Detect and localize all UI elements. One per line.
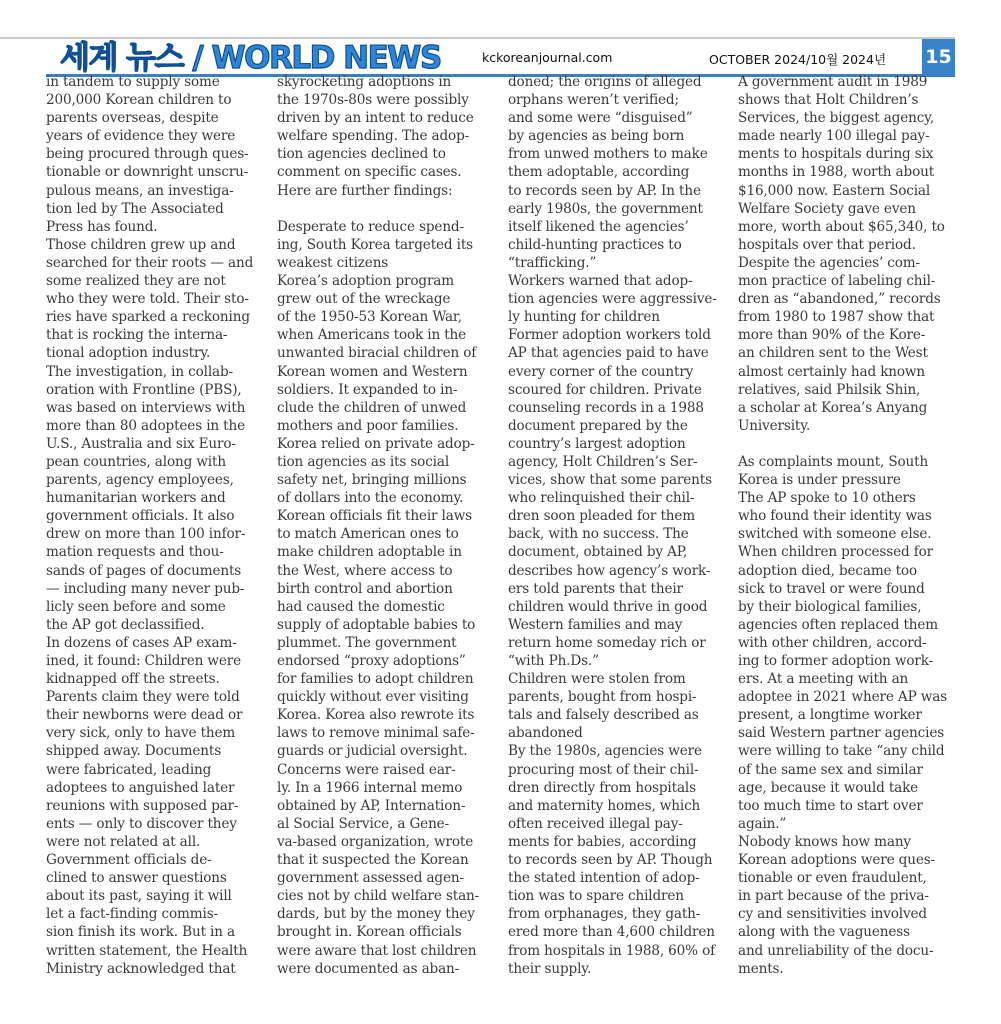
- article-line: when Americans took in the: [277, 326, 501, 344]
- article-line: Children were stolen from: [508, 670, 732, 688]
- article-line: licly seen before and some: [46, 598, 270, 616]
- article-line: in part because of the priva-: [738, 887, 962, 905]
- article-line: the stated intention of adop-: [508, 869, 732, 887]
- article-line: Korea relied on private adop-: [277, 435, 501, 453]
- article-line: ments to hospitals during six: [738, 145, 962, 163]
- article-line: obtained by AP, Internation-: [277, 797, 501, 815]
- article-line: tionable or downright unscru-: [46, 163, 270, 181]
- article-line: reunions with supposed par-: [46, 797, 270, 815]
- article-line: In dozens of cases AP exam-: [46, 634, 270, 652]
- article-line: about its past, saying it will: [46, 887, 270, 905]
- article-line: Ministry acknowledged that: [46, 960, 270, 978]
- article-line: along with the vagueness: [738, 923, 962, 941]
- article-line: back, with no success. The: [508, 525, 732, 543]
- article-line: kidnapped off the streets.: [46, 670, 270, 688]
- article-line: Korea. Korea also rewrote its: [277, 706, 501, 724]
- article-line: [277, 200, 501, 218]
- article-line: Concerns were raised ear-: [277, 761, 501, 779]
- article-line: Despite the agencies’ com-: [738, 254, 962, 272]
- article-line: describes how agency’s work-: [508, 562, 732, 580]
- article-line: said Western partner agencies: [738, 724, 962, 742]
- article-column-2: skyrocketing adoptions inthe 1970s-80s w…: [277, 73, 501, 978]
- article-line: cies not by child welfare stan-: [277, 887, 501, 905]
- article-line: tion was to spare children: [508, 887, 732, 905]
- article-line: more than 90% of the Kore-: [738, 326, 962, 344]
- article-line: of dollars into the economy.: [277, 489, 501, 507]
- article-line: clined to answer questions: [46, 869, 270, 887]
- article-line: abandoned: [508, 724, 732, 742]
- article-line: with other children, accord-: [738, 634, 962, 652]
- issue-date: OCTOBER 2024/10월 2024년: [709, 50, 886, 68]
- article-line: by agencies as being born: [508, 127, 732, 145]
- article-line: return home someday rich or: [508, 634, 732, 652]
- article-line: sands of pages of documents: [46, 562, 270, 580]
- article-line: years of evidence they were: [46, 127, 270, 145]
- article-line: dren directly from hospitals: [508, 779, 732, 797]
- article-line: Nobody knows how many: [738, 833, 962, 851]
- article-line: tion led by The Associated: [46, 200, 270, 218]
- article-line: “trafficking.”: [508, 254, 732, 272]
- article-line: early 1980s, the government: [508, 200, 732, 218]
- article-line: driven by an intent to reduce: [277, 109, 501, 127]
- article-line: who relinquished their chil-: [508, 489, 732, 507]
- article-line: safety net, bringing millions: [277, 471, 501, 489]
- article-line: ments.: [738, 960, 962, 978]
- article-line: tionable or even fraudulent,: [738, 869, 962, 887]
- article-line: ined, it found: Children were: [46, 652, 270, 670]
- article-line: and unreliability of the docu-: [738, 942, 962, 960]
- article-line: from hospitals in 1988, 60% of: [508, 942, 732, 960]
- article-line: As complaints mount, South: [738, 453, 962, 471]
- article-line: endorsed “proxy adoptions”: [277, 652, 501, 670]
- article-line: written statement, the Health: [46, 942, 270, 960]
- article-line: AP that agencies paid to have: [508, 344, 732, 362]
- article-line: Services, the biggest agency,: [738, 109, 962, 127]
- article-line: vices, show that some parents: [508, 471, 732, 489]
- article-line: $16,000 now. Eastern Social: [738, 182, 962, 200]
- article-line: of the 1950-53 Korean War,: [277, 308, 501, 326]
- article-line: ments for babies, according: [508, 833, 732, 851]
- article-line: Korean officials fit their laws: [277, 507, 501, 525]
- site-url: kckoreanjournal.com: [482, 50, 612, 65]
- article-line: their newborns were dead or: [46, 706, 270, 724]
- article-line: scoured for children. Private: [508, 381, 732, 399]
- article-line: to records seen by AP. In the: [508, 182, 732, 200]
- article-line: ly hunting for children: [508, 308, 732, 326]
- page-header: 세계 뉴스 / WORLD NEWS kckoreanjournal.com O…: [0, 39, 1001, 77]
- article-line: clude the children of unwed: [277, 399, 501, 417]
- article-line: drew on more than 100 infor-: [46, 525, 270, 543]
- article-line: Workers warned that adop-: [508, 272, 732, 290]
- article-line: skyrocketing adoptions in: [277, 73, 501, 91]
- article-line: were fabricated, leading: [46, 761, 270, 779]
- article-line: tion agencies as its social: [277, 453, 501, 471]
- article-line: dards, but by the money they: [277, 905, 501, 923]
- article-line: their supply.: [508, 960, 732, 978]
- article-line: pean countries, along with: [46, 453, 270, 471]
- article-line: of the same sex and similar: [738, 761, 962, 779]
- article-line: 200,000 Korean children to: [46, 91, 270, 109]
- article-line: had caused the domestic: [277, 598, 501, 616]
- article-line: from 1980 to 1987 show that: [738, 308, 962, 326]
- article-line: parents overseas, despite: [46, 109, 270, 127]
- article-line: al Social Service, a Gene-: [277, 815, 501, 833]
- article-line: When children processed for: [738, 543, 962, 561]
- article-line: shows that Holt Children’s: [738, 91, 962, 109]
- article-line: tional adoption industry.: [46, 344, 270, 362]
- article-line: from unwed mothers to make: [508, 145, 732, 163]
- article-line: and maternity homes, which: [508, 797, 732, 815]
- article-line: the AP got declassified.: [46, 616, 270, 634]
- article-line: and some were “disguised”: [508, 109, 732, 127]
- article-line: weakest citizens: [277, 254, 501, 272]
- article-line: was based on interviews with: [46, 399, 270, 417]
- article-line: welfare spending. The adop-: [277, 127, 501, 145]
- article-line: adoption died, became too: [738, 562, 962, 580]
- article-line: very sick, only to have them: [46, 724, 270, 742]
- article-line: almost certainly had known: [738, 363, 962, 381]
- article-line: that is rocking the interna-: [46, 326, 270, 344]
- article-line: “with Ph.Ds.”: [508, 652, 732, 670]
- article-line: more than 80 adoptees in the: [46, 417, 270, 435]
- article-line: counseling records in a 1988: [508, 399, 732, 417]
- article-line: again.”: [738, 815, 962, 833]
- article-line: itself likened the agencies’: [508, 218, 732, 236]
- article-column-3: doned; the origins of allegedorphans wer…: [508, 73, 732, 978]
- article-line: Western families and may: [508, 616, 732, 634]
- article-line: government officials. It also: [46, 507, 270, 525]
- article-line: ries have sparked a reckoning: [46, 308, 270, 326]
- article-line: grew out of the wreckage: [277, 290, 501, 308]
- article-line: University.: [738, 417, 962, 435]
- article-line: age, because it would take: [738, 779, 962, 797]
- article-line: Korean women and Western: [277, 363, 501, 381]
- article-line: dren as “abandoned,” records: [738, 290, 962, 308]
- article-line: ents — only to discover they: [46, 815, 270, 833]
- article-line: switched with someone else.: [738, 525, 962, 543]
- article-line: cy and sensitivities involved: [738, 905, 962, 923]
- article-line: ing to former adoption work-: [738, 652, 962, 670]
- article-line: an children sent to the West: [738, 344, 962, 362]
- article-line: being procured through ques-: [46, 145, 270, 163]
- article-line: supply of adoptable babies to: [277, 616, 501, 634]
- article-line: tion agencies declined to: [277, 145, 501, 163]
- article-line: ers. At a meeting with an: [738, 670, 962, 688]
- article-line: were not related at all.: [46, 833, 270, 851]
- article-line: tion agencies were aggressive-: [508, 290, 732, 308]
- article-line: mation requests and thou-: [46, 543, 270, 561]
- article-line: document, obtained by AP,: [508, 543, 732, 561]
- article-line: The AP spoke to 10 others: [738, 489, 962, 507]
- article-line: often received illegal pay-: [508, 815, 732, 833]
- article-line: to records seen by AP. Though: [508, 851, 732, 869]
- article-line: Korean adoptions were ques-: [738, 851, 962, 869]
- article-line: — including many never pub-: [46, 580, 270, 598]
- article-line: some realized they are not: [46, 272, 270, 290]
- article-line: make children adoptable in: [277, 543, 501, 561]
- article-line: a scholar at Korea’s Anyang: [738, 399, 962, 417]
- article-line: document prepared by the: [508, 417, 732, 435]
- article-line: shipped away. Documents: [46, 742, 270, 760]
- article-column-4: A government audit in 1989shows that Hol…: [738, 73, 962, 978]
- article-line: ered more than 4,600 children: [508, 923, 732, 941]
- article-line: va-based organization, wrote: [277, 833, 501, 851]
- article-line: in tandem to supply some: [46, 73, 270, 91]
- article-line: government assessed agen-: [277, 869, 501, 887]
- article-line: country’s largest adoption: [508, 435, 732, 453]
- article-line: quickly without ever visiting: [277, 688, 501, 706]
- article-line: too much time to start over: [738, 797, 962, 815]
- article-line: U.S., Australia and six Euro-: [46, 435, 270, 453]
- article-line: Former adoption workers told: [508, 326, 732, 344]
- article-line: who they were told. Their sto-: [46, 290, 270, 308]
- article-line: were aware that lost children: [277, 942, 501, 960]
- article-line: parents, bought from hospi-: [508, 688, 732, 706]
- article-column-1: in tandem to supply some200,000 Korean c…: [46, 73, 270, 978]
- article-line: who found their identity was: [738, 507, 962, 525]
- article-line: Those children grew up and: [46, 236, 270, 254]
- article-line: Korea’s adoption program: [277, 272, 501, 290]
- article-line: mothers and poor families.: [277, 417, 501, 435]
- article-line: ing, South Korea targeted its: [277, 236, 501, 254]
- article-line: ers told parents that their: [508, 580, 732, 598]
- article-line: parents, agency employees,: [46, 471, 270, 489]
- article-line: every corner of the country: [508, 363, 732, 381]
- article-line: procuring most of their chil-: [508, 761, 732, 779]
- article-line: A government audit in 1989: [738, 73, 962, 91]
- article-line: sion finish its work. But in a: [46, 923, 270, 941]
- article-line: oration with Frontline (PBS),: [46, 381, 270, 399]
- article-line: sick to travel or were found: [738, 580, 962, 598]
- article-line: doned; the origins of alleged: [508, 73, 732, 91]
- article-line: dren soon pleaded for them: [508, 507, 732, 525]
- article-line: let a fact-finding commis-: [46, 905, 270, 923]
- article-line: searched for their roots — and: [46, 254, 270, 272]
- article-line: mon practice of labeling chil-: [738, 272, 962, 290]
- article-line: Korea is under pressure: [738, 471, 962, 489]
- article-line: Welfare Society gave even: [738, 200, 962, 218]
- article-line: that it suspected the Korean: [277, 851, 501, 869]
- article-line: hospitals over that period.: [738, 236, 962, 254]
- article-line: adoptees to anguished later: [46, 779, 270, 797]
- article-line: them adoptable, according: [508, 163, 732, 181]
- article-line: were documented as aban-: [277, 960, 501, 978]
- article-line: the 1970s-80s were possibly: [277, 91, 501, 109]
- article-line: guards or judicial oversight.: [277, 742, 501, 760]
- article-line: Government officials de-: [46, 851, 270, 869]
- article-line: [738, 435, 962, 453]
- article-line: months in 1988, worth about: [738, 163, 962, 181]
- article-line: agencies often replaced them: [738, 616, 962, 634]
- article-line: soldiers. It expanded to in-: [277, 381, 501, 399]
- article-line: child-hunting practices to: [508, 236, 732, 254]
- article-line: Press has found.: [46, 218, 270, 236]
- article-line: for families to adopt children: [277, 670, 501, 688]
- article-line: were willing to take “any child: [738, 742, 962, 760]
- article-line: orphans weren’t verified;: [508, 91, 732, 109]
- article-line: brought in. Korean officials: [277, 923, 501, 941]
- section-title: 세계 뉴스 / WORLD NEWS: [60, 39, 441, 77]
- article-line: pulous means, an investiga-: [46, 182, 270, 200]
- article-line: present, a longtime worker: [738, 706, 962, 724]
- article-line: unwanted biracial children of: [277, 344, 501, 362]
- article-line: more, worth about $65,340, to: [738, 218, 962, 236]
- article-line: laws to remove minimal safe-: [277, 724, 501, 742]
- article-line: tals and falsely described as: [508, 706, 732, 724]
- article-line: to match American ones to: [277, 525, 501, 543]
- article-line: agency, Holt Children’s Ser-: [508, 453, 732, 471]
- article-line: made nearly 100 illegal pay-: [738, 127, 962, 145]
- article-line: plummet. The government: [277, 634, 501, 652]
- article-line: The investigation, in collab-: [46, 363, 270, 381]
- article-line: birth control and abortion: [277, 580, 501, 598]
- article-line: the West, where access to: [277, 562, 501, 580]
- article-line: comment on specific cases.: [277, 163, 501, 181]
- article-line: Here are further findings:: [277, 182, 501, 200]
- article-line: from orphanages, they gath-: [508, 905, 732, 923]
- article-line: humanitarian workers and: [46, 489, 270, 507]
- article-line: by their biological families,: [738, 598, 962, 616]
- article-line: Desperate to reduce spend-: [277, 218, 501, 236]
- article-body: in tandem to supply some200,000 Korean c…: [46, 73, 958, 1013]
- article-line: children would thrive in good: [508, 598, 732, 616]
- page-number-badge: 15: [922, 39, 955, 75]
- article-line: By the 1980s, agencies were: [508, 742, 732, 760]
- article-line: Parents claim they were told: [46, 688, 270, 706]
- article-line: adoptee in 2021 where AP was: [738, 688, 962, 706]
- article-line: relatives, said Philsik Shin,: [738, 381, 962, 399]
- article-line: ly. In a 1966 internal memo: [277, 779, 501, 797]
